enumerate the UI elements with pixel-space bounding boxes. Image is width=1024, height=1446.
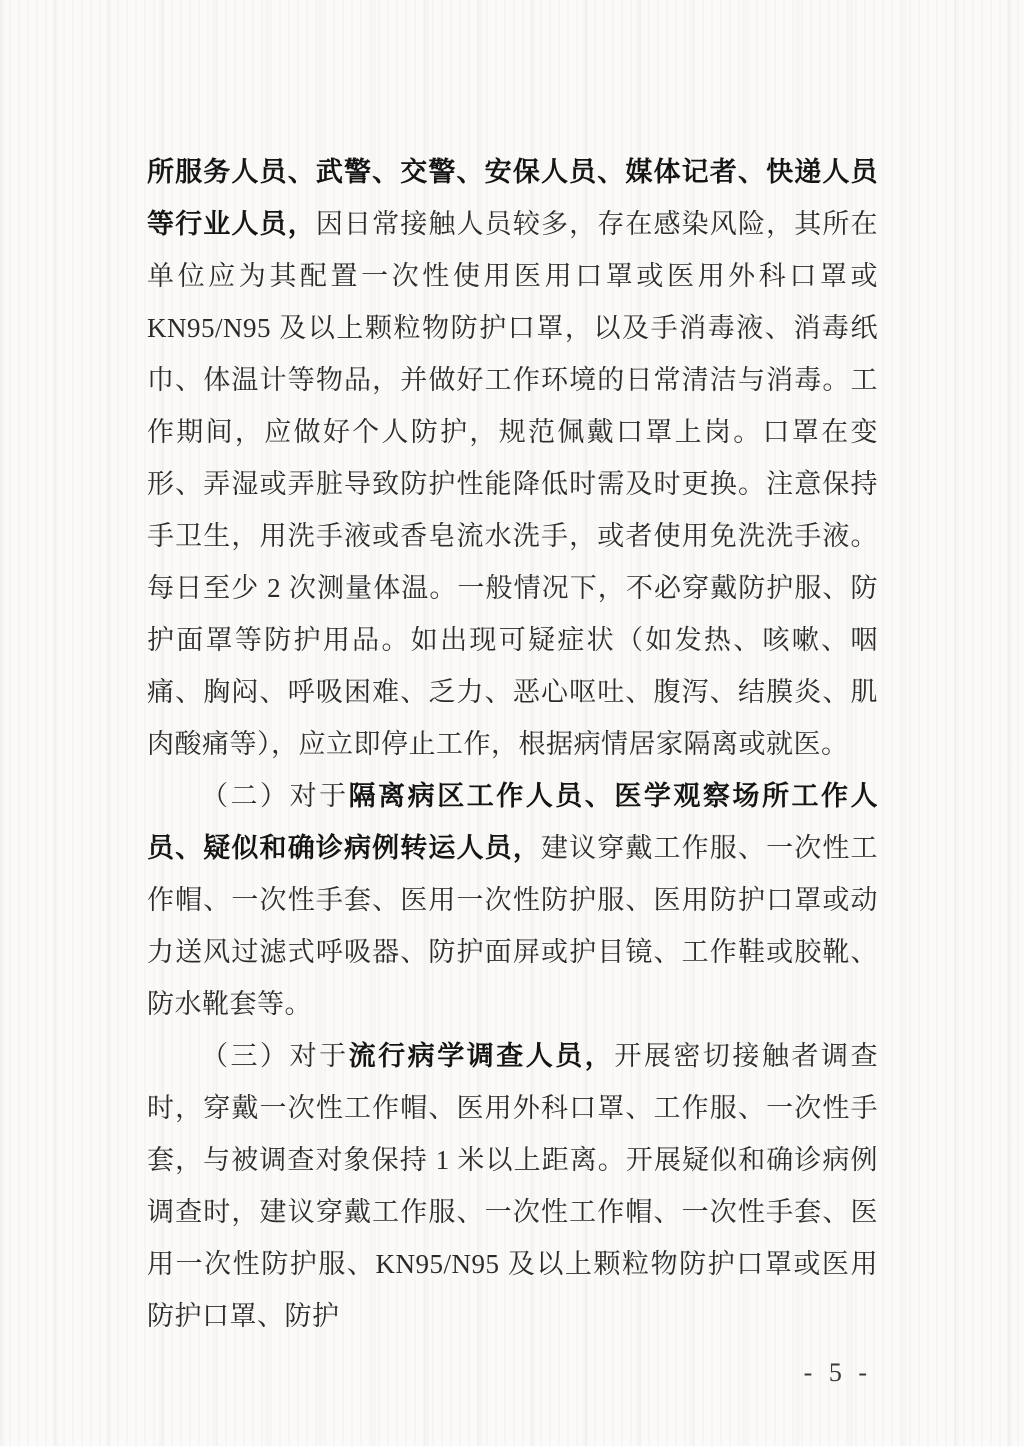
text-run: 因日常接触人员较多，存在感染风险，其所在单位应为其配置一次性使用医用口罩或医用外… <box>147 209 878 759</box>
bold-text-run: 流行病学调查人员， <box>349 1041 615 1071</box>
page-number: - 5 - <box>804 1358 872 1388</box>
text-run: （三）对于 <box>201 1041 349 1071</box>
text-run: （二）对于 <box>201 781 349 811</box>
text-run: 开展密切接触者调查时，穿戴一次性工作帽、医用外科口罩、工作服、一次性手套，与被调… <box>147 1041 878 1331</box>
document-page: 所服务人员、武警、交警、安保人员、媒体记者、快递人员等行业人员，因日常接触人员较… <box>0 0 1024 1446</box>
paragraph: （三）对于流行病学调查人员，开展密切接触者调查时，穿戴一次性工作帽、医用外科口罩… <box>147 1030 878 1342</box>
paragraph: （二）对于隔离病区工作人员、医学观察场所工作人员、疑似和确诊病例转运人员，建议穿… <box>147 770 878 1030</box>
paragraph: 所服务人员、武警、交警、安保人员、媒体记者、快递人员等行业人员，因日常接触人员较… <box>147 146 878 770</box>
document-body: 所服务人员、武警、交警、安保人员、媒体记者、快递人员等行业人员，因日常接触人员较… <box>147 146 878 1342</box>
